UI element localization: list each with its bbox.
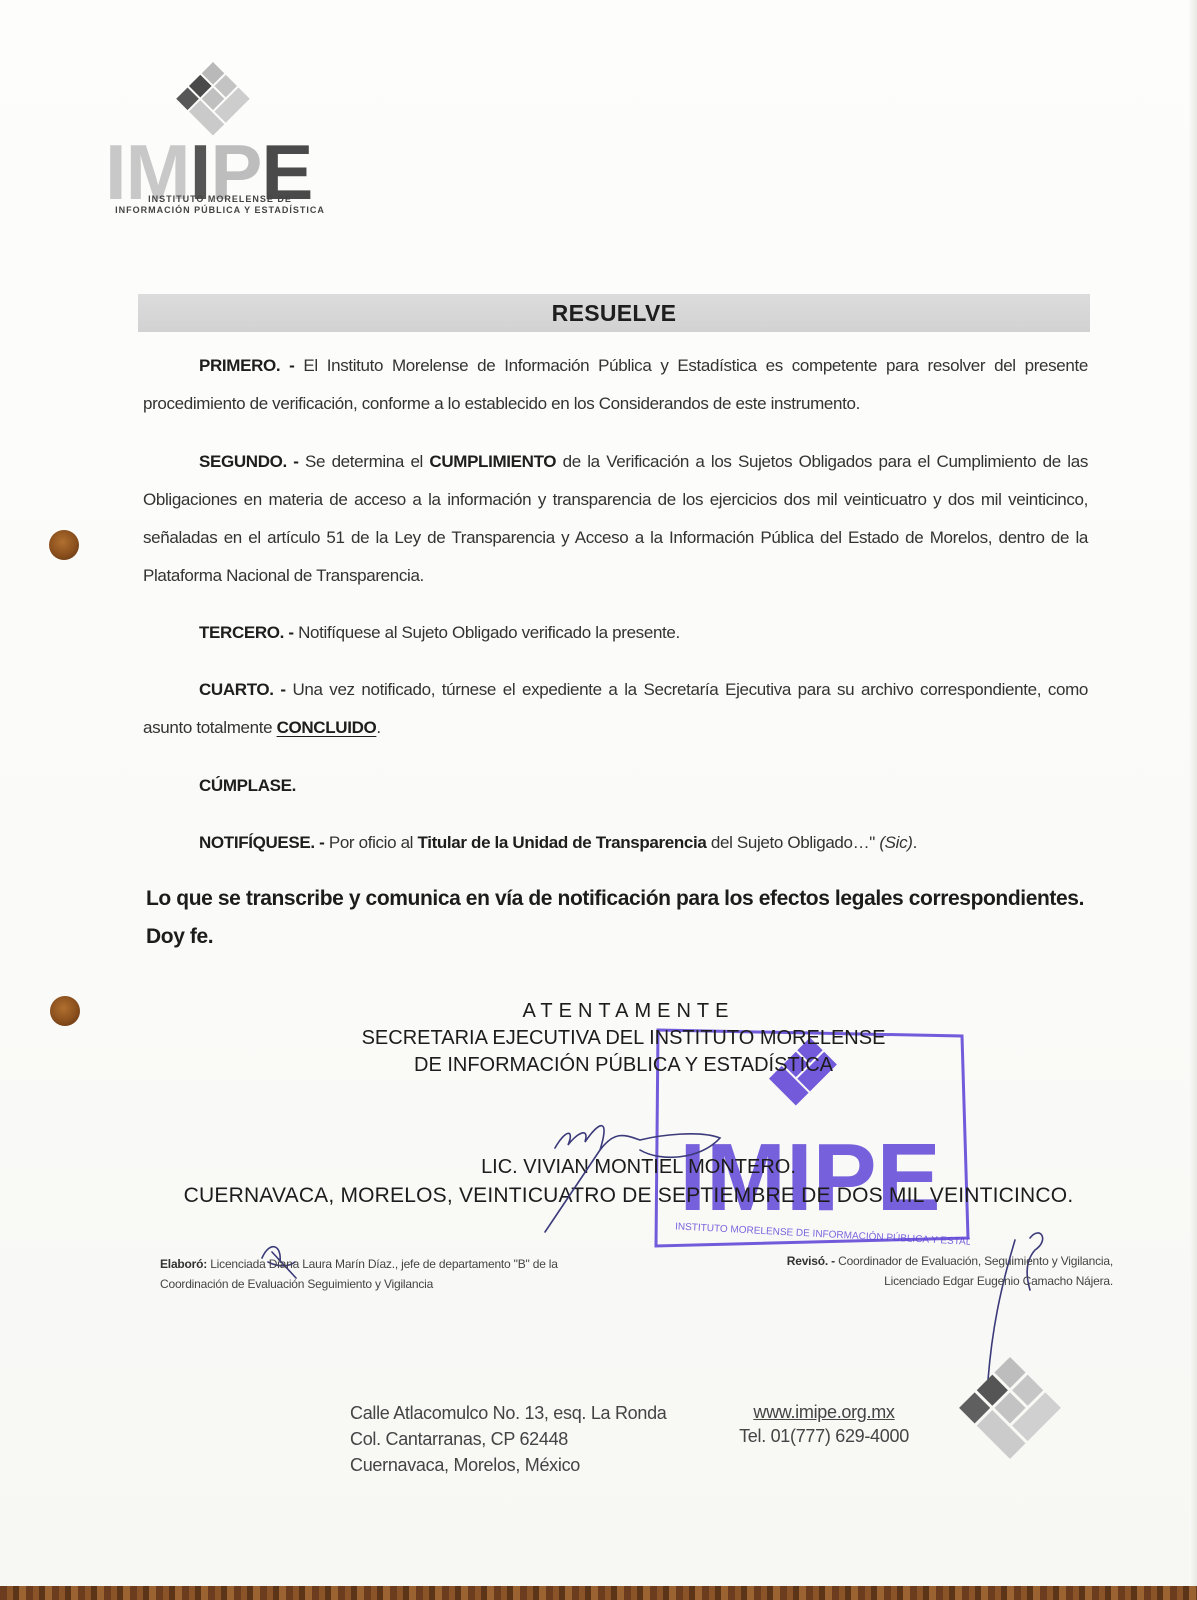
imipe-diamond-tiles-icon	[167, 58, 259, 136]
resolution-text: Se determina el	[299, 452, 430, 471]
prepared-by-label: Elaboró:	[160, 1257, 207, 1271]
emphasis-cumplimiento: CUMPLIMIENTO	[429, 452, 556, 471]
phone-number: Tel. 01(777) 629-4000	[738, 1424, 910, 1448]
place-date: CUERNAVACA, MORELOS, VEINTICUATRO DE SEP…	[30, 1182, 1197, 1210]
imipe-logo: I M I P E INSTITUTO MORELENSE DE INFORMA…	[105, 58, 335, 223]
office-line2: DE INFORMACIÓN PÚBLICA Y ESTADÍSTICA	[25, 1051, 1197, 1079]
emphasis-titular: Titular de la Unidad de Transparencia	[417, 833, 706, 852]
address-line1: Calle Atlacomulco No. 13, esq. La Ronda	[350, 1400, 667, 1426]
logo-subtitle-line2: INFORMACIÓN PÚBLICA Y ESTADÍSTICA	[105, 205, 335, 216]
resolution-label: CÚMPLASE.	[199, 776, 296, 795]
reviewed-by-text: Coordinador de Evaluación, Seguimiento y…	[835, 1254, 1113, 1268]
resolution-text: de la Verificación a los Sujetos Obligad…	[143, 452, 1088, 585]
website-link[interactable]: www.imipe.org.mx	[738, 1400, 910, 1424]
prepared-by-text-2: Coordinación de Evaluación Seguimiento y…	[160, 1274, 558, 1294]
resolution-label: NOTIFÍQUESE. -	[199, 833, 324, 852]
office-line1: SECRETARIA EJECUTIVA DEL INSTITUTO MOREL…	[25, 1024, 1197, 1052]
salutation: ATENTAMENTE	[30, 997, 1197, 1025]
prepared-by-text: Licenciada Diana Laura Marín Díaz., jefe…	[207, 1257, 558, 1271]
resolution-primero: PRIMERO. - El Instituto Morelense de Inf…	[143, 347, 1088, 423]
page-edge	[1189, 0, 1197, 1586]
closing-line1: Lo que se transcribe y comunica en vía d…	[146, 880, 1106, 918]
resolution-tercero: TERCERO. - Notifíquese al Sujeto Obligad…	[143, 614, 1088, 652]
resolution-notifiquese: NOTIFÍQUESE. - Por oficio al Titular de …	[143, 824, 1088, 862]
resolution-label: SEGUNDO. -	[199, 452, 299, 471]
reviewed-by-label: Revisó. -	[787, 1254, 835, 1268]
closing-statement: Lo que se transcribe y comunica en vía d…	[146, 880, 1106, 956]
sic-note: (Sic)	[879, 833, 912, 852]
logo-subtitle-line1: INSTITUTO MORELENSE DE	[105, 194, 335, 205]
resolution-text: .	[913, 833, 917, 852]
reviewed-by-text-2: Licenciado Edgar Eugenio Camacho Nájera.	[720, 1271, 1113, 1291]
footer-address: Calle Atlacomulco No. 13, esq. La Ronda …	[350, 1400, 667, 1478]
logo-subtitle: INSTITUTO MORELENSE DE INFORMACIÓN PÚBLI…	[105, 194, 335, 216]
resolution-text: del Sujeto Obligado…"	[707, 833, 880, 852]
punch-hole	[49, 530, 79, 560]
footer-contact: www.imipe.org.mx Tel. 01(777) 629-4000	[738, 1400, 910, 1448]
resolution-text: Notifíquese al Sujeto Obligado verificad…	[294, 623, 680, 642]
address-line3: Cuernavaca, Morelos, México	[350, 1452, 667, 1478]
emphasis-concluido: CONCLUIDO	[277, 718, 377, 737]
wood-surface	[0, 1586, 1197, 1600]
imipe-diamond-tiles-icon	[952, 1355, 1072, 1467]
section-title: RESUELVE	[138, 294, 1090, 332]
resolution-cumplase: CÚMPLASE.	[143, 767, 1088, 805]
resolution-label: PRIMERO. -	[199, 356, 294, 375]
resolution-label: CUARTO. -	[199, 680, 286, 699]
reviewed-by: Revisó. - Coordinador de Evaluación, Seg…	[720, 1251, 1113, 1291]
address-line2: Col. Cantarranas, CP 62448	[350, 1426, 667, 1452]
resolution-label: TERCERO. -	[199, 623, 294, 642]
resolution-segundo: SEGUNDO. - Se determina el CUMPLIMIENTO …	[143, 443, 1088, 595]
closing-line2: Doy fe.	[146, 918, 1106, 956]
signatory-name: LIC. VIVIAN MONTIEL MONTERO.	[40, 1153, 1197, 1181]
resolution-cuarto: CUARTO. - Una vez notificado, túrnese el…	[143, 671, 1088, 747]
resolution-text: .	[376, 718, 380, 737]
prepared-by: Elaboró: Licenciada Diana Laura Marín Dí…	[160, 1254, 558, 1294]
resolution-text: Por oficio al	[324, 833, 417, 852]
